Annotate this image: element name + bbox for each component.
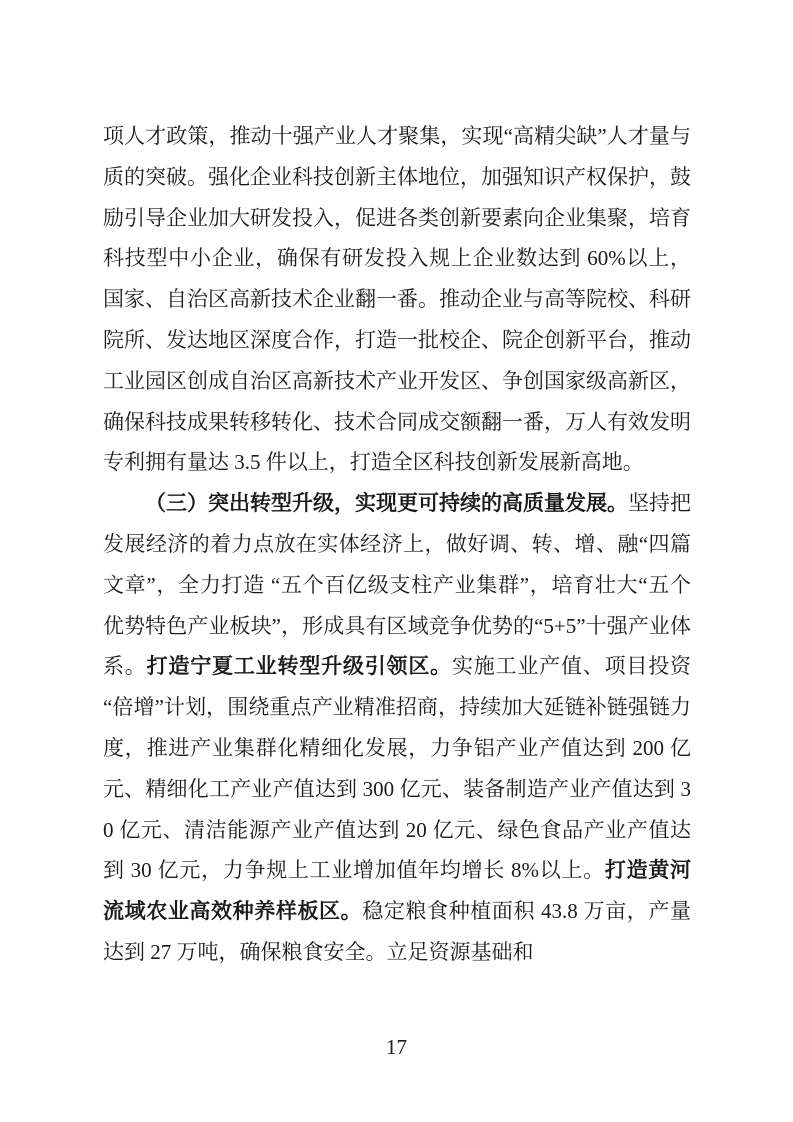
body-text-run: 坚持把发展经济的着力点放在实体经济上，做好调、转、增、融“四篇文章”，全力打造 … bbox=[103, 491, 691, 678]
page-number: 17 bbox=[0, 1034, 793, 1060]
paragraph-continuation: 项人才政策，推动十强产业人才聚集，实现“高精尖缺”人才量与质的突破。强化企业科技… bbox=[103, 116, 691, 483]
body-text-run: 实施工业产值、项目投资“倍增”计划，围绕重点产业精准招商，持续加大延链补链强链力… bbox=[103, 654, 691, 882]
document-page: 项人才政策，推动十强产业人才聚集，实现“高精尖缺”人才量与质的突破。强化企业科技… bbox=[0, 0, 793, 1122]
page-body-text: 项人才政策，推动十强产业人才聚集，实现“高精尖缺”人才量与质的突破。强化企业科技… bbox=[103, 116, 691, 973]
industry-upgrade-zone-heading: 打造宁夏工业转型升级引领区。 bbox=[147, 654, 452, 678]
section-three-heading: （三）突出转型升级，实现更可持续的高质量发展。 bbox=[145, 491, 628, 515]
body-text-run: 项人才政策，推动十强产业人才聚集，实现“高精尖缺”人才量与质的突破。强化企业科技… bbox=[103, 124, 691, 474]
paragraph-section-three: （三）突出转型升级，实现更可持续的高质量发展。坚持把发展经济的着力点放在实体经济… bbox=[103, 483, 691, 973]
